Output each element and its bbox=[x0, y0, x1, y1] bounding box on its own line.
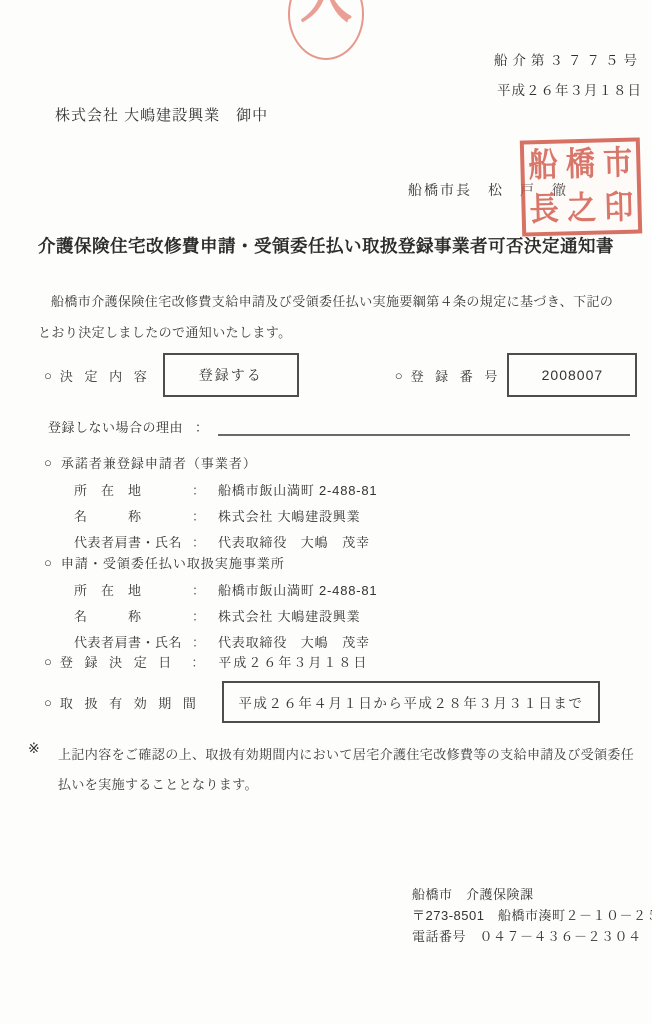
seal-char: 船 bbox=[528, 149, 558, 183]
validity-period-label: 取 扱 有 効 期 間 bbox=[60, 693, 200, 712]
scanned-notice-document: 大 船介第３７７５号 平成２６年３月１８日 株式会社 大嶋建設興業 御中 船橋市… bbox=[0, 0, 652, 1024]
reason-colon: ： bbox=[195, 417, 208, 436]
decision-label: 決 定 内 容 bbox=[60, 366, 151, 385]
section-heading-text: 承諾者兼登録申請者（事業者） bbox=[61, 453, 257, 472]
document-date: 平成２６年３月１８日 bbox=[494, 76, 642, 106]
decision-value-box: 登録する bbox=[163, 353, 299, 397]
note-mark: ※ bbox=[28, 740, 58, 800]
reason-label: 登録しない場合の理由 bbox=[48, 417, 183, 436]
detail-row-name: 名 称 ： 株式会社 大嶋建設興業 bbox=[74, 610, 377, 624]
registration-decision-date-row: ○ 登 録 決 定 日 ： 平成２６年３月１８日 bbox=[44, 652, 368, 671]
decision-row: ○ 決 定 内 容 登録する ○ 登 録 番 号 2008007 bbox=[44, 353, 637, 397]
footer-department: 船橋市 介護保険課 bbox=[412, 884, 652, 905]
detail-row-representative: 代表者肩書・氏名 ： 代表取締役 大嶋 茂幸 bbox=[74, 536, 377, 550]
seal-char: 印 bbox=[604, 191, 634, 225]
detail-row-address: 所 在 地 ： 船橋市飯山満町 2-488-81 bbox=[74, 484, 377, 498]
note: ※ 上記内容をご確認の上、取扱有効期間内において居宅介護住宅改修費等の支給申請及… bbox=[28, 740, 640, 800]
decision-date-label: 登 録 決 定 日 bbox=[60, 652, 175, 671]
section-applicant: ○ 承諾者兼登録申請者（事業者） 所 在 地 ： 船橋市飯山満町 2-488-8… bbox=[44, 453, 377, 550]
bullet-circle: ○ bbox=[44, 368, 52, 383]
reference-block: 船介第３７７５号 平成２６年３月１８日 bbox=[494, 46, 642, 106]
mayor-seal-stamp-icon: 船 橋 市 長 之 印 bbox=[520, 137, 642, 236]
validity-period-row: ○ 取 扱 有 効 期 間 平成２６年４月１日から平成２８年３月３１日まで bbox=[44, 681, 600, 723]
received-stamp-icon: 大 bbox=[288, 0, 364, 60]
detail-row-name: 名 称 ： 株式会社 大嶋建設興業 bbox=[74, 510, 377, 524]
validity-period-box: 平成２６年４月１日から平成２８年３月３１日まで bbox=[222, 681, 600, 723]
footer-phone: 電話番号 ０４７－４３６－２３０４ bbox=[412, 926, 652, 947]
section-heading: ○ 承諾者兼登録申請者（事業者） bbox=[44, 453, 377, 472]
section-implementing-office: ○ 申請・受領委任払い取扱実施事業所 所 在 地 ： 船橋市飯山満町 2-488… bbox=[44, 553, 377, 650]
bullet-circle: ○ bbox=[395, 368, 403, 383]
decision-date-colon: ： bbox=[191, 652, 204, 671]
document-number: 船介第３７７５号 bbox=[494, 46, 642, 76]
decision-date-value: 平成２６年３月１８日 bbox=[218, 652, 368, 671]
bullet-circle: ○ bbox=[44, 555, 53, 570]
seal-char: 之 bbox=[567, 192, 597, 226]
footer-contact: 船橋市 介護保険課 〒273-8501 船橋市湊町２－１０－２５ 電話番号 ０４… bbox=[412, 884, 652, 947]
detail-row-representative: 代表者肩書・氏名 ： 代表取締役 大嶋 茂幸 bbox=[74, 636, 377, 650]
section-heading-text: 申請・受領委任払い取扱実施事業所 bbox=[61, 553, 285, 572]
note-text: 上記内容をご確認の上、取扱有効期間内において居宅介護住宅改修費等の支給申請及び受… bbox=[58, 740, 640, 800]
seal-char: 橋 bbox=[565, 148, 595, 182]
detail-row-address: 所 在 地 ： 船橋市飯山満町 2-488-81 bbox=[74, 584, 377, 598]
reason-row: 登録しない場合の理由 ： bbox=[48, 414, 630, 436]
registration-number-label: 登 録 番 号 bbox=[411, 366, 502, 385]
body-paragraph: 船橋市介護保険住宅改修費支給申請及び受領委任払い実施要綱第４条の規定に基づき、下… bbox=[38, 286, 624, 348]
registration-number-box: 2008007 bbox=[507, 353, 637, 397]
section-heading: ○ 申請・受領委任払い取扱実施事業所 bbox=[44, 553, 377, 572]
received-stamp-character: 大 bbox=[300, 0, 352, 27]
seal-char: 市 bbox=[603, 147, 633, 181]
addressee: 株式会社 大嶋建設興業 御中 bbox=[55, 104, 268, 125]
document-title: 介護保険住宅改修費申請・受領委任払い取扱登録事業者可否決定通知書 bbox=[0, 233, 652, 258]
reason-blank-line bbox=[218, 414, 630, 436]
bullet-circle: ○ bbox=[44, 654, 52, 669]
footer-address: 〒273-8501 船橋市湊町２－１０－２５ bbox=[412, 905, 652, 926]
bullet-circle: ○ bbox=[44, 695, 52, 710]
bullet-circle: ○ bbox=[44, 455, 53, 470]
seal-char: 長 bbox=[529, 193, 559, 227]
